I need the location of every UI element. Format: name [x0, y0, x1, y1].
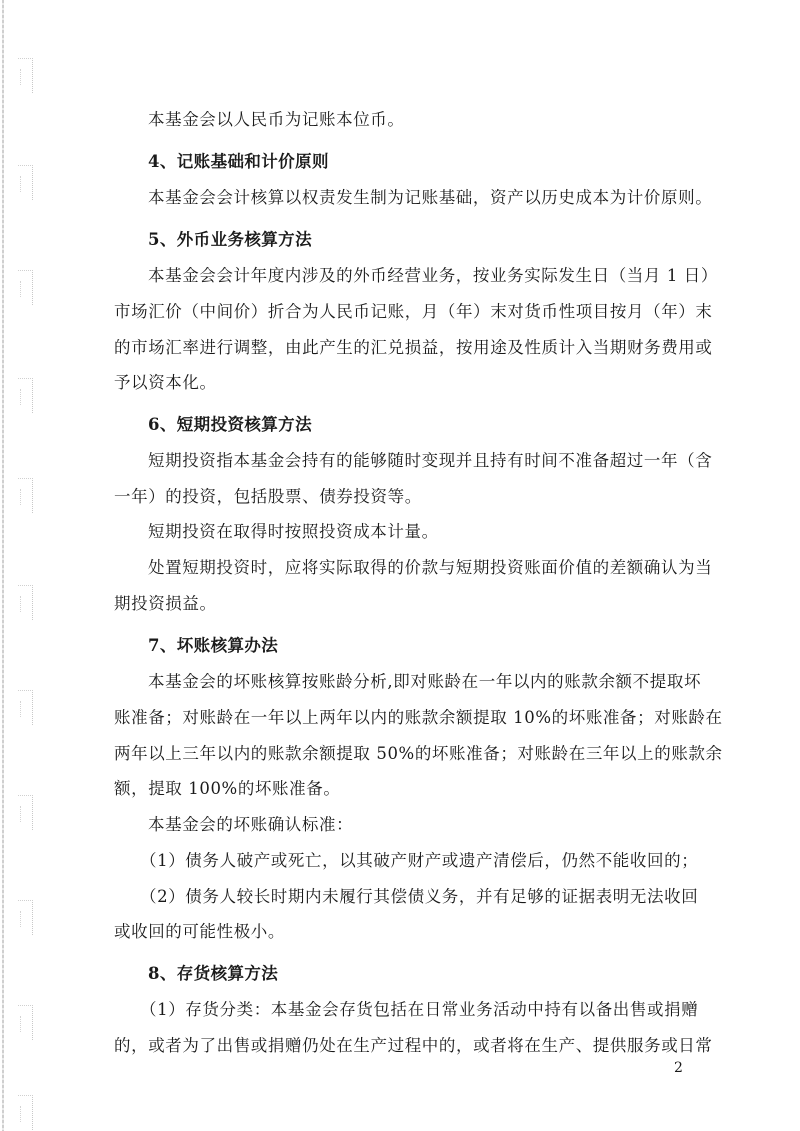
paragraph-line: （2）债务人较长时期内未履行其偿债义务，并有足够的证据表明无法收回	[140, 887, 698, 907]
paragraph-line: 本基金会的坏账确认标准：	[148, 815, 353, 835]
paragraph-line: 两年以上三年以内的账款余额提取 50%的坏账准备；对账龄在三年以上的账款余	[114, 744, 723, 764]
paragraph-line: （1）债务人破产或死亡，以其破产财产或遗产清偿后，仍然不能收回的；	[140, 851, 698, 871]
paragraph-line: 短期投资在取得时按照投资成本计量。	[148, 522, 439, 542]
paragraph-line: 市场汇价（中间价）折合为人民币记账，月（年）末对货币性项目按月（年）末	[114, 302, 713, 322]
paragraph-line: 予以资本化。	[114, 373, 217, 393]
paragraph-line: 本基金会以人民币为记账本位币。	[148, 110, 405, 130]
binding-hole-mark	[18, 1005, 33, 1040]
binding-hole-mark	[18, 900, 33, 935]
binding-hole-mark	[18, 1095, 33, 1130]
binding-hole-mark	[18, 270, 33, 305]
binding-hole-mark	[18, 378, 33, 413]
paragraph-line: 本基金会会计年度内涉及的外币经营业务，按业务实际发生日（当月 1 日）	[148, 266, 718, 286]
paragraph-line: 的市场汇率进行调整，由此产生的汇兑损益，按用途及性质计入当期财务费用或	[114, 338, 713, 358]
section-heading: 8、存货核算方法	[148, 964, 278, 984]
section-heading: 5、外币业务核算方法	[148, 230, 312, 250]
section-heading: 6、短期投资核算方法	[148, 415, 312, 435]
paragraph-line: 额，提取 100%的坏账准备。	[114, 779, 340, 799]
binding-hole-mark	[18, 58, 33, 93]
section-heading: 7、坏账核算办法	[148, 636, 278, 656]
paragraph-line: （1）存货分类：本基金会存货包括在日常业务活动中持有以备出售或捐赠	[140, 1000, 698, 1020]
binding-hole-mark	[18, 165, 33, 200]
paragraph-line: 本基金会的坏账核算按账龄分析,即对账龄在一年以内的账款余额不提取坏	[148, 672, 701, 692]
page-number: 2	[674, 1060, 683, 1076]
paragraph-line: 的，或者为了出售或捐赠仍处在生产过程中的，或者将在生产、提供服务或日常	[114, 1036, 713, 1056]
binding-hole-mark	[18, 690, 33, 725]
binding-hole-mark	[18, 795, 33, 830]
binding-edge	[2, 0, 4, 1131]
paragraph-line: 或收回的可能性极小。	[114, 922, 285, 942]
binding-hole-mark	[18, 478, 33, 513]
paragraph-line: 短期投资指本基金会持有的能够随时变现并且持有时间不准备超过一年（含	[148, 451, 712, 471]
paragraph-line: 账准备；对账龄在一年以上两年以内的账款余额提取 10%的坏账准备；对账龄在	[114, 708, 723, 728]
paragraph-line: 处置短期投资时，应将实际取得的价款与短期投资账面价值的差额确认为当	[148, 558, 712, 578]
binding-hole-mark	[18, 585, 33, 620]
section-heading: 4、记账基础和计价原则	[148, 152, 329, 172]
paragraph-line: 期投资损益。	[114, 594, 217, 614]
paragraph-line: 一年）的投资，包括股票、债券投资等。	[114, 487, 422, 507]
document-page: 本基金会以人民币为记账本位币。4、记账基础和计价原则本基金会会计核算以权责发生制…	[0, 0, 800, 1131]
paragraph-line: 本基金会会计核算以权责发生制为记账基础，资产以历史成本为计价原则。	[148, 188, 712, 208]
